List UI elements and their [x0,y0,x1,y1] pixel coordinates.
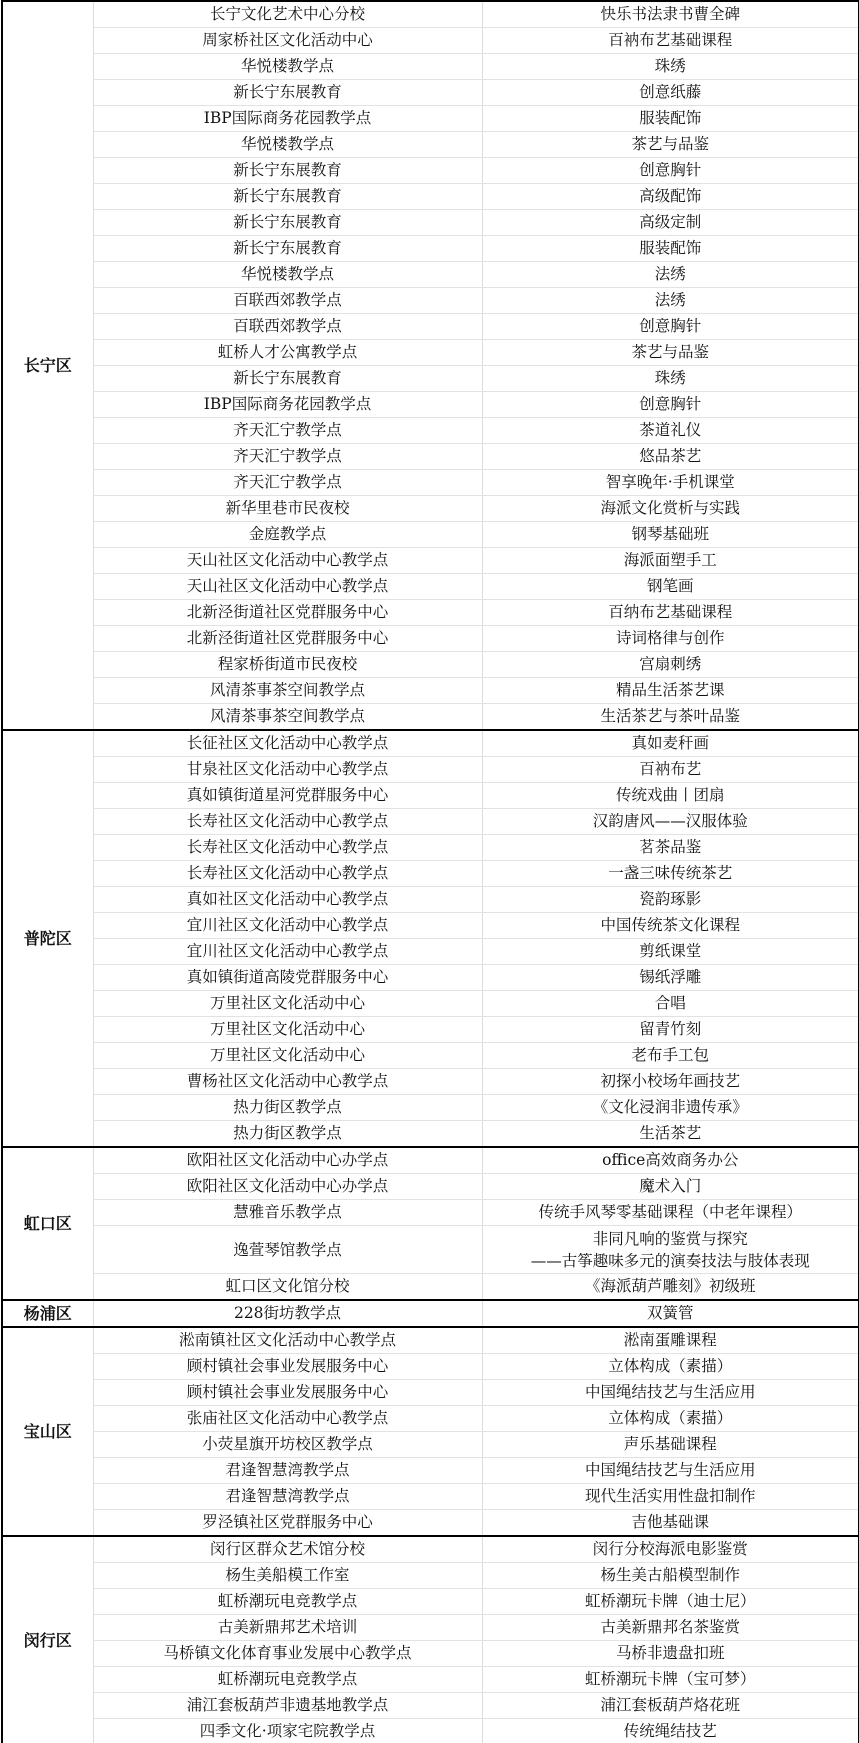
table-row: 虹桥潮玩电竞教学点虹桥潮玩卡牌（迪士尼） [2,1589,859,1615]
table-row: 程家桥街道市民夜校宫扇刺绣 [2,652,859,678]
course-cell: 宫扇刺绣 [482,652,859,678]
course-cell: 中国绳结技艺与生活应用 [482,1458,859,1484]
course-cell: 钢琴基础班 [482,522,859,548]
table-row: 真如镇街道星河党群服务中心传统戏曲丨团扇 [2,783,859,809]
table-row: IBP国际商务花园教学点服装配饰 [2,106,859,132]
table-row: 北新泾街道社区党群服务中心百纳布艺基础课程 [2,600,859,626]
location-cell: 真如社区文化活动中心教学点 [93,887,482,913]
location-cell: 古美新鼎邦艺术培训 [93,1615,482,1641]
table-row: 齐天汇宁教学点悠品茶艺 [2,444,859,470]
course-cell: 合唱 [482,991,859,1017]
course-cell: 老布手工包 [482,1043,859,1069]
course-cell: 淞南蛋雕课程 [482,1327,859,1354]
district-cell: 虹口区 [2,1147,93,1300]
table-row: 新华里巷市民夜校海派文化赏析与实践 [2,496,859,522]
course-cell: 剪纸课堂 [482,939,859,965]
course-cell: 现代生活实用性盘扣制作 [482,1484,859,1510]
location-cell: 金庭教学点 [93,522,482,548]
table-row: 罗泾镇社区党群服务中心吉他基础课 [2,1510,859,1537]
location-cell: 齐天汇宁教学点 [93,418,482,444]
location-cell: 顾村镇社会事业发展服务中心 [93,1354,482,1380]
course-cell: 智享晚年·手机课堂 [482,470,859,496]
location-cell: 新长宁东展教育 [93,210,482,236]
location-cell: 程家桥街道市民夜校 [93,652,482,678]
course-cell: 初探小校场年画技艺 [482,1069,859,1095]
table-row: 宝山区淞南镇社区文化活动中心教学点淞南蛋雕课程 [2,1327,859,1354]
location-cell: 风清茶事茶空间教学点 [93,678,482,704]
table-row: 百联西郊教学点法绣 [2,288,859,314]
location-cell: 杨生美船模工作室 [93,1563,482,1589]
location-cell: 真如镇街道星河党群服务中心 [93,783,482,809]
course-cell: 生活茶艺与茶叶品鉴 [482,704,859,731]
course-cell: 汉韵唐风——汉服体验 [482,809,859,835]
location-cell: 甘泉社区文化活动中心教学点 [93,757,482,783]
table-row: 普陀区长征社区文化活动中心教学点真如麦秆画 [2,730,859,757]
course-cell: 《海派葫芦雕刻》初级班 [482,1274,859,1301]
table-row: 小荧星旗开坊校区教学点声乐基础课程 [2,1432,859,1458]
district-cell: 普陀区 [2,730,93,1147]
table-row: 顾村镇社会事业发展服务中心立体构成（素描） [2,1354,859,1380]
location-cell: 新长宁东展教育 [93,184,482,210]
location-cell: 四季文化·项家宅院教学点 [93,1719,482,1743]
table-row: 新长宁东展教育创意纸藤 [2,80,859,106]
location-cell: 风清茶事茶空间教学点 [93,704,482,731]
location-cell: 华悦楼教学点 [93,132,482,158]
table-row: 真如镇街道高陵党群服务中心锡纸浮雕 [2,965,859,991]
table-row: 闵行区闵行区群众艺术馆分校闵行分校海派电影鉴赏 [2,1536,859,1563]
table-row: 新长宁东展教育高级定制 [2,210,859,236]
table-row: 华悦楼教学点法绣 [2,262,859,288]
location-cell: 万里社区文化活动中心 [93,1043,482,1069]
location-cell: 宜川社区文化活动中心教学点 [93,913,482,939]
course-cell: 高级定制 [482,210,859,236]
course-cell: 茶道礼仪 [482,418,859,444]
course-cell: 法绣 [482,262,859,288]
course-cell: 杨生美古船模型制作 [482,1563,859,1589]
location-cell: 新长宁东展教育 [93,80,482,106]
course-cell: 创意胸针 [482,314,859,340]
location-cell: 热力街区教学点 [93,1121,482,1148]
location-cell: 长寿社区文化活动中心教学点 [93,835,482,861]
table-row: 欧阳社区文化活动中心办学点魔术入门 [2,1174,859,1200]
table-row: 热力街区教学点《文化浸润非遗传承》 [2,1095,859,1121]
course-cell: 中国传统茶文化课程 [482,913,859,939]
table-row: 热力街区教学点生活茶艺 [2,1121,859,1148]
location-cell: IBP国际商务花园教学点 [93,106,482,132]
table-row: 甘泉社区文化活动中心教学点百衲布艺 [2,757,859,783]
table-row: 虹桥潮玩电竞教学点虹桥潮玩卡牌（宝可梦） [2,1667,859,1693]
table-row: 周家桥社区文化活动中心百衲布艺基础课程 [2,28,859,54]
location-cell: IBP国际商务花园教学点 [93,392,482,418]
table-row: 万里社区文化活动中心留青竹刻 [2,1017,859,1043]
location-cell: 浦江套板葫芦非遗基地教学点 [93,1693,482,1719]
course-cell: 快乐书法隶书曹全碑 [482,1,859,28]
district-cell: 闵行区 [2,1536,93,1743]
course-cell: 传统戏曲丨团扇 [482,783,859,809]
location-cell: 万里社区文化活动中心 [93,991,482,1017]
table-row: 华悦楼教学点珠绣 [2,54,859,80]
location-cell: 百联西郊教学点 [93,288,482,314]
table-row: 北新泾街道社区党群服务中心诗词格律与创作 [2,626,859,652]
table-row: 万里社区文化活动中心老布手工包 [2,1043,859,1069]
course-cell: 真如麦秆画 [482,730,859,757]
location-cell: 齐天汇宁教学点 [93,444,482,470]
course-cell: 一盏三味传统茶艺 [482,861,859,887]
table-row: 齐天汇宁教学点茶道礼仪 [2,418,859,444]
table-row: 新长宁东展教育创意胸针 [2,158,859,184]
table-row: 风清茶事茶空间教学点生活茶艺与茶叶品鉴 [2,704,859,731]
location-cell: 新华里巷市民夜校 [93,496,482,522]
table-row: 君逢智慧湾教学点现代生活实用性盘扣制作 [2,1484,859,1510]
location-cell: 欧阳社区文化活动中心办学点 [93,1147,482,1174]
table-row: 长寿社区文化活动中心教学点一盏三味传统茶艺 [2,861,859,887]
course-cell: 古美新鼎邦名茶鉴赏 [482,1615,859,1641]
table-row: 百联西郊教学点创意胸针 [2,314,859,340]
course-cell: 钢笔画 [482,574,859,600]
table-row: 逸萱琴馆教学点非同凡响的鉴赏与探究——古筝趣味多元的演奏技法与肢体表现 [2,1226,859,1274]
course-cell: 虹桥潮玩卡牌（迪士尼） [482,1589,859,1615]
course-cell: 创意胸针 [482,392,859,418]
course-cell: 锡纸浮雕 [482,965,859,991]
course-cell: 立体构成（素描） [482,1354,859,1380]
course-cell: 非同凡响的鉴赏与探究——古筝趣味多元的演奏技法与肢体表现 [482,1226,859,1274]
location-cell: 热力街区教学点 [93,1095,482,1121]
course-cell: 珠绣 [482,366,859,392]
table-row: 宜川社区文化活动中心教学点剪纸课堂 [2,939,859,965]
table-row: 张庙社区文化活动中心教学点立体构成（素描） [2,1406,859,1432]
location-cell: 虹口区文化馆分校 [93,1274,482,1301]
table-row: 真如社区文化活动中心教学点瓷韵琢影 [2,887,859,913]
table-row: 新长宁东展教育高级配饰 [2,184,859,210]
location-cell: 华悦楼教学点 [93,54,482,80]
course-cell: 服装配饰 [482,106,859,132]
table-row: 马桥镇文化体育事业发展中心教学点马桥非遗盘扣班 [2,1641,859,1667]
location-cell: 万里社区文化活动中心 [93,1017,482,1043]
course-cell: 百纳布艺基础课程 [482,600,859,626]
location-cell: 淞南镇社区文化活动中心教学点 [93,1327,482,1354]
location-cell: 长寿社区文化活动中心教学点 [93,861,482,887]
course-cell: 高级配饰 [482,184,859,210]
course-cell: 百衲布艺 [482,757,859,783]
course-cell: 悠品茶艺 [482,444,859,470]
course-cell: 瓷韵琢影 [482,887,859,913]
course-cell: 创意胸针 [482,158,859,184]
course-cell: 马桥非遗盘扣班 [482,1641,859,1667]
course-cell: 吉他基础课 [482,1510,859,1537]
course-cell: 百衲布艺基础课程 [482,28,859,54]
location-cell: 新长宁东展教育 [93,236,482,262]
course-cell: 服装配饰 [482,236,859,262]
location-cell: 虹桥人才公寓教学点 [93,340,482,366]
course-cell: 闵行分校海派电影鉴赏 [482,1536,859,1563]
location-cell: 天山社区文化活动中心教学点 [93,548,482,574]
location-cell: 百联西郊教学点 [93,314,482,340]
table-row: 杨浦区228街坊教学点双簧管 [2,1300,859,1327]
location-cell: 慧雅音乐教学点 [93,1200,482,1226]
course-cell: office高效商务办公 [482,1147,859,1174]
table-row: 长寿社区文化活动中心教学点茗茶品鉴 [2,835,859,861]
table-row: 长宁区长宁文化艺术中心分校快乐书法隶书曹全碑 [2,1,859,28]
table-row: 宜川社区文化活动中心教学点中国传统茶文化课程 [2,913,859,939]
course-cell: 创意纸藤 [482,80,859,106]
course-cell: 海派文化赏析与实践 [482,496,859,522]
location-cell: 君逢智慧湾教学点 [93,1484,482,1510]
table-row: 金庭教学点钢琴基础班 [2,522,859,548]
course-table-body: 长宁区长宁文化艺术中心分校快乐书法隶书曹全碑周家桥社区文化活动中心百衲布艺基础课… [2,1,859,1743]
location-cell: 张庙社区文化活动中心教学点 [93,1406,482,1432]
location-cell: 马桥镇文化体育事业发展中心教学点 [93,1641,482,1667]
location-cell: 逸萱琴馆教学点 [93,1226,482,1274]
table-row: 天山社区文化活动中心教学点钢笔画 [2,574,859,600]
course-cell: 留青竹刻 [482,1017,859,1043]
course-cell: 魔术入门 [482,1174,859,1200]
course-cell: 虹桥潮玩卡牌（宝可梦） [482,1667,859,1693]
course-cell: 传统手风琴零基础课程（中老年课程） [482,1200,859,1226]
location-cell: 小荧星旗开坊校区教学点 [93,1432,482,1458]
course-cell: 浦江套板葫芦烙花班 [482,1693,859,1719]
course-cell: 立体构成（素描） [482,1406,859,1432]
table-row: 虹口区文化馆分校《海派葫芦雕刻》初级班 [2,1274,859,1301]
course-cell: 传统绳结技艺 [482,1719,859,1743]
course-cell: 珠绣 [482,54,859,80]
table-row: 新长宁东展教育珠绣 [2,366,859,392]
table-row: 新长宁东展教育服装配饰 [2,236,859,262]
table-row: 虹桥人才公寓教学点茶艺与品鉴 [2,340,859,366]
course-cell: 茗茶品鉴 [482,835,859,861]
course-cell: 双簧管 [482,1300,859,1327]
location-cell: 华悦楼教学点 [93,262,482,288]
location-cell: 228街坊教学点 [93,1300,482,1327]
location-cell: 宜川社区文化活动中心教学点 [93,939,482,965]
location-cell: 真如镇街道高陵党群服务中心 [93,965,482,991]
location-cell: 君逢智慧湾教学点 [93,1458,482,1484]
table-row: 曹杨社区文化活动中心教学点初探小校场年画技艺 [2,1069,859,1095]
table-row: 长寿社区文化活动中心教学点汉韵唐风——汉服体验 [2,809,859,835]
table-row: 风清茶事茶空间教学点精品生活茶艺课 [2,678,859,704]
location-cell: 曹杨社区文化活动中心教学点 [93,1069,482,1095]
course-cell: 声乐基础课程 [482,1432,859,1458]
district-cell: 杨浦区 [2,1300,93,1327]
course-title-line: 非同凡响的鉴赏与探究 [483,1228,859,1250]
course-cell: 海派面塑手工 [482,548,859,574]
location-cell: 新长宁东展教育 [93,158,482,184]
location-cell: 欧阳社区文化活动中心办学点 [93,1174,482,1200]
course-cell: 精品生活茶艺课 [482,678,859,704]
course-cell: 中国绳结技艺与生活应用 [482,1380,859,1406]
location-cell: 天山社区文化活动中心教学点 [93,574,482,600]
table-row: 杨生美船模工作室杨生美古船模型制作 [2,1563,859,1589]
course-cell: 茶艺与品鉴 [482,132,859,158]
table-row: 君逢智慧湾教学点中国绳结技艺与生活应用 [2,1458,859,1484]
location-cell: 闵行区群众艺术馆分校 [93,1536,482,1563]
district-cell: 长宁区 [2,1,93,730]
location-cell: 齐天汇宁教学点 [93,470,482,496]
course-cell: 生活茶艺 [482,1121,859,1148]
location-cell: 虹桥潮玩电竞教学点 [93,1589,482,1615]
location-cell: 新长宁东展教育 [93,366,482,392]
table-row: 浦江套板葫芦非遗基地教学点浦江套板葫芦烙花班 [2,1693,859,1719]
table-row: 虹口区欧阳社区文化活动中心办学点office高效商务办公 [2,1147,859,1174]
course-cell: 茶艺与品鉴 [482,340,859,366]
course-cell: 诗词格律与创作 [482,626,859,652]
course-table: 长宁区长宁文化艺术中心分校快乐书法隶书曹全碑周家桥社区文化活动中心百衲布艺基础课… [1,0,859,1743]
location-cell: 长宁文化艺术中心分校 [93,1,482,28]
table-row: 慧雅音乐教学点传统手风琴零基础课程（中老年课程） [2,1200,859,1226]
course-subtitle-line: ——古筝趣味多元的演奏技法与肢体表现 [483,1250,859,1272]
table-row: 古美新鼎邦艺术培训古美新鼎邦名茶鉴赏 [2,1615,859,1641]
location-cell: 顾村镇社会事业发展服务中心 [93,1380,482,1406]
table-row: 天山社区文化活动中心教学点海派面塑手工 [2,548,859,574]
table-row: 四季文化·项家宅院教学点传统绳结技艺 [2,1719,859,1743]
table-row: 顾村镇社会事业发展服务中心中国绳结技艺与生活应用 [2,1380,859,1406]
location-cell: 长征社区文化活动中心教学点 [93,730,482,757]
location-cell: 虹桥潮玩电竞教学点 [93,1667,482,1693]
location-cell: 北新泾街道社区党群服务中心 [93,626,482,652]
table-row: 齐天汇宁教学点智享晚年·手机课堂 [2,470,859,496]
location-cell: 周家桥社区文化活动中心 [93,28,482,54]
table-row: IBP国际商务花园教学点创意胸针 [2,392,859,418]
table-row: 万里社区文化活动中心合唱 [2,991,859,1017]
district-cell: 宝山区 [2,1327,93,1536]
table-row: 华悦楼教学点茶艺与品鉴 [2,132,859,158]
course-cell: 法绣 [482,288,859,314]
location-cell: 罗泾镇社区党群服务中心 [93,1510,482,1537]
location-cell: 北新泾街道社区党群服务中心 [93,600,482,626]
course-cell: 《文化浸润非遗传承》 [482,1095,859,1121]
location-cell: 长寿社区文化活动中心教学点 [93,809,482,835]
